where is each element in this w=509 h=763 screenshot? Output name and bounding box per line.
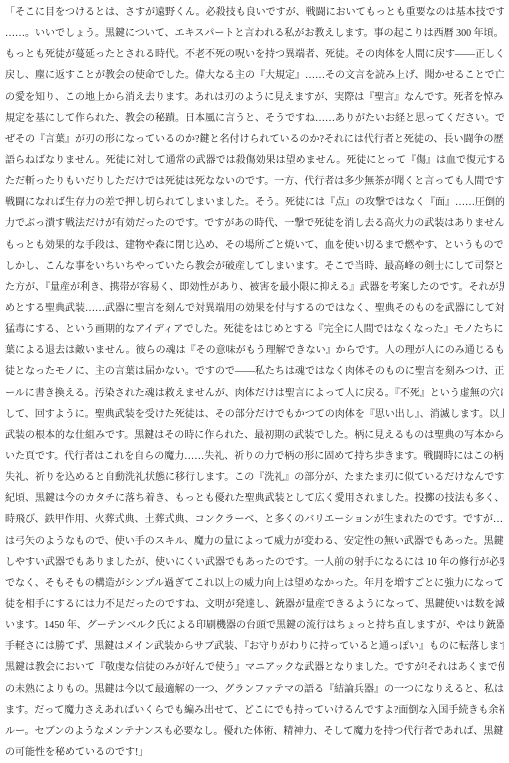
text-line: ぜその『言葉』が刃の形になっているのか?鍵と名付けられているのか?それには代行者… bbox=[5, 129, 504, 150]
text-line: 時飛び、鉄甲作用、火葬式典、土葬式典、コンクラーベ、と多くのバリエーションが生ま… bbox=[5, 509, 504, 530]
text-line: 武装の根本的な仕組みです。黒鍵はその時に作られた、最初期の武装でした。柄に見える… bbox=[5, 425, 504, 446]
text-line: は弓矢のようなもので、使い手のスキル、魔力の量によって威力が変わる、安定性の無い… bbox=[5, 531, 504, 552]
text-line: います。1450 年、グーテンベルク氏による印刷機器の台頭で黒鍵の流行はちょっと… bbox=[5, 615, 504, 636]
text-line: 徒となったモノに、主の言葉は届かない。ですので——私たちは魂ではなく肉体そのもの… bbox=[5, 361, 504, 382]
document-page: 「そこに目をつけるとは、さすが遠野くん。必殺技も良いですが、戦闘においてもっとも… bbox=[0, 0, 509, 763]
text-line: しやすい武器でもありましたが、使いにくい武器でもあったのです。一人前の射手になる… bbox=[5, 552, 504, 573]
text-line: いた頁です。代行者はこれを自らの魔力……失礼、祈りの力で柄の形に固めて持ち歩きま… bbox=[5, 446, 504, 467]
text-line: 戻し、塵に返すことが教会の使命でした。偉大なる主の『大規定』……その文言を読み上… bbox=[5, 65, 504, 86]
text-line: 紀頃、黒鍵は今のカタチに落ち着き、もっとも優れた聖典武装として広く愛用されました… bbox=[5, 488, 504, 509]
text-line: もっとも死徒が蔓延ったとされる時代。不老不死の呪いを持つ異端者、死徒。その肉体を… bbox=[5, 44, 504, 65]
text-line: でなく、そもそもの構造がシンプル過ぎてこれ以上の威力向上は望めなかった。年月を増… bbox=[5, 573, 504, 594]
text-line: 語らねばなりません。死徒に対して通常の武器では殺傷効果は望めません。死徒にとって… bbox=[5, 150, 504, 171]
text-line: た方が、『量産が利き、携帯が容易く、即効性があり、被害を最小限に抑える』武器を考… bbox=[5, 277, 504, 298]
text-line: の可能性を秘めているのです!」 bbox=[5, 742, 504, 763]
text-line: して、回すように。聖典武装を受けた死徒は、その部分だけでもかつての肉体を『思い出… bbox=[5, 404, 504, 425]
text-line: ます。だって魔力さえあればいくらでも編み出せて、どこにでも持っていけるんですよ?… bbox=[5, 700, 504, 721]
text-line: 力でぶっ潰す戦法だけが有効だったのです。ですがあの時代、一撃で死徒を消し去る高火… bbox=[5, 213, 504, 234]
text-line: しかし、こんな事をいちいちやっていたら教会が破産してしまいます。そこで当時、最高… bbox=[5, 256, 504, 277]
text-line: 戦闘になれば生存力の差で押し切られてしまいました。そう。死徒には『点』の攻撃では… bbox=[5, 192, 504, 213]
text-line: の愛を知り、この地上から消え去ります。あれは刃のように見えますが、実際は『聖言』… bbox=[5, 87, 504, 108]
text-line: 葉による退去は敵いません。彼らの魂は『その意味がもう理解できない』からです。人の… bbox=[5, 340, 504, 361]
text-line: 猛毒にする、という画期的なアイディアでした。死徒をはじめとする『完全に人間ではな… bbox=[5, 319, 504, 340]
text-line: ルー。セブンのようなメンテナンスも必要なし。優れた体術、精神力、そして魔力を持つ… bbox=[5, 721, 504, 742]
text-line: 徒を相手にするには力不足だったのですね、文明が発達し、銃器が量産できるようになっ… bbox=[5, 594, 504, 615]
text-line: の未熟によりもの。黒鍵は今以て最適解の一つ、グランファテマの語る『結論兵器』の一… bbox=[5, 679, 504, 700]
text-line: ールに書き換える。汚染された魂は救えませんが、肉体だけは聖言によって人に戻る。『… bbox=[5, 383, 504, 404]
text-line: もっとも効果的な手段は、建物や森に閉じ込め、その場所ごと焼いて、血を使い切るまで… bbox=[5, 235, 504, 256]
text-line: めとする聖典武装……武器に聖言を刻んで対異端用の効果を付与するのではなく、聖典そ… bbox=[5, 298, 504, 319]
text-line: 「そこに目をつけるとは、さすが遠野くん。必殺技も良いですが、戦闘においてもっとも… bbox=[5, 2, 504, 23]
text-line: ただ斬ったりもいだりしただけでは死徒は死なないのです。一方、代行者は多少無茶が聞… bbox=[5, 171, 504, 192]
text-line: 手軽さには勝てず、黒鍵はメイン武装からサブ武装、『お守りがわりに持っていると通っ… bbox=[5, 636, 504, 657]
text-line: 黒鍵は教会において『敬虔な信徒のみが好んで使う』マニアックな武器となりました。で… bbox=[5, 657, 504, 678]
text-line: 規定を基にして作られた、教会の秘蹟。日本風に言うと、そうですね……ありがたいお経… bbox=[5, 108, 504, 129]
body-text: 「そこに目をつけるとは、さすが遠野くん。必殺技も良いですが、戦闘においてもっとも… bbox=[5, 2, 504, 763]
text-line: ……。いいでしょう。黒鍵について、エキスパートと言われる私がお教えします。事の起… bbox=[5, 23, 504, 44]
text-line: 失礼、祈りを込めると自動洗礼状態に移行します。この『洗礼』の部分が、たまたま刃に… bbox=[5, 467, 504, 488]
